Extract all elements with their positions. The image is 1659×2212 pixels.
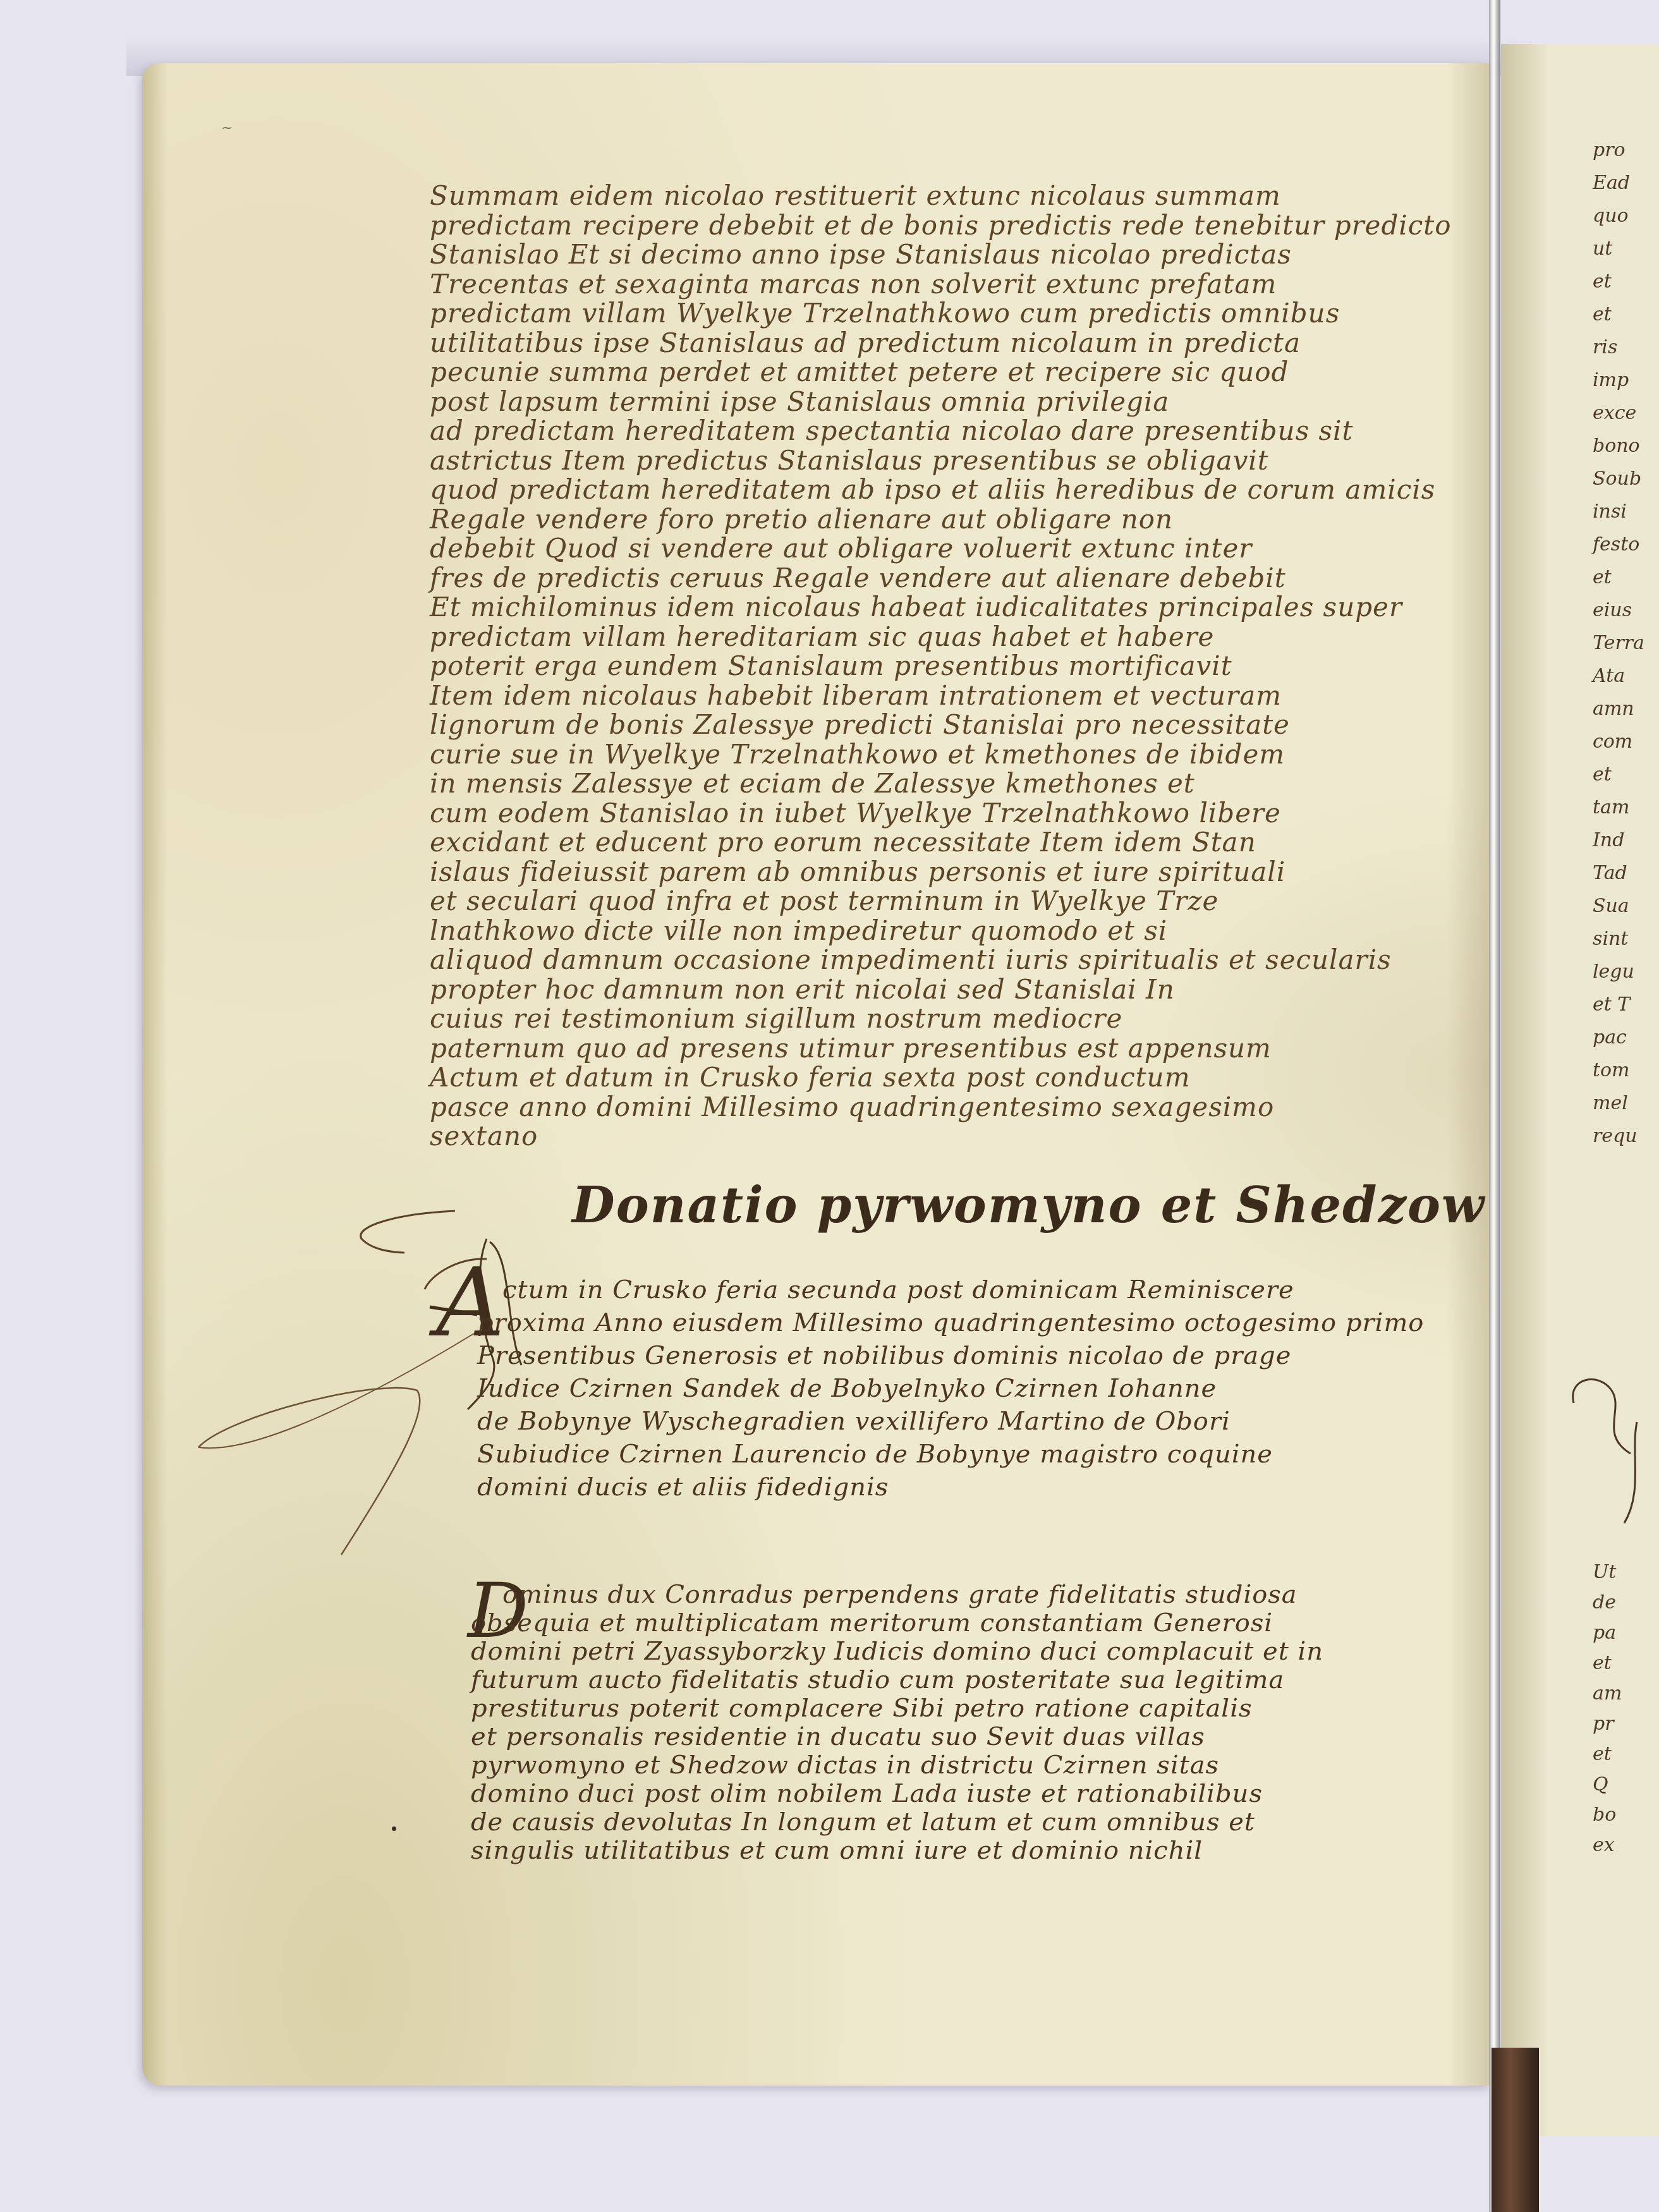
text-line: Trecentas et sexaginta marcas non solver…: [430, 269, 1277, 300]
text-line: Soub: [1593, 468, 1641, 490]
text-line: excidant et educent pro eorum necessitat…: [430, 827, 1256, 858]
text-line: Actum et datum in Crusko feria sexta pos…: [430, 1062, 1191, 1093]
text-line: paternum quo ad presens utimur presentib…: [430, 1033, 1272, 1064]
text-line: Item idem nicolaus habebit liberam intra…: [430, 680, 1282, 711]
text-line: domino duci post olim nobilem Lada iuste…: [471, 1779, 1263, 1808]
text-line: ad predictam hereditatem spectantia nico…: [430, 415, 1353, 446]
text-line: de: [1593, 1591, 1616, 1613]
text-line: com: [1593, 731, 1632, 753]
text-line: Subiudice Czirnen Laurencio de Bobynye m…: [477, 1440, 1273, 1469]
text-line: Terra: [1593, 632, 1644, 654]
text-line: de causis devolutas In longum et latum e…: [471, 1808, 1255, 1837]
text-line: tam: [1593, 796, 1629, 818]
text-line: Ead: [1593, 172, 1630, 194]
ink-dot: [392, 1826, 396, 1831]
glass-clamp-rod: [1489, 0, 1500, 2212]
text-line: pro: [1593, 139, 1626, 161]
text-line: pac: [1593, 1026, 1627, 1048]
text-line: am: [1593, 1682, 1622, 1705]
text-line: post lapsum termini ipse Stanislaus omni…: [430, 386, 1169, 417]
text-line: et personalis residentie in ducatu suo S…: [471, 1722, 1205, 1751]
text-line: mel: [1593, 1092, 1628, 1114]
text-line: eius: [1593, 599, 1632, 621]
text-line: Ut: [1593, 1561, 1616, 1583]
text-line: ex: [1593, 1834, 1615, 1856]
text-line: legu: [1593, 961, 1634, 983]
text-line: amn: [1593, 698, 1634, 720]
text-line: et: [1593, 763, 1612, 786]
text-line: obsequia et multiplicatam meritorum cons…: [471, 1608, 1273, 1638]
text-line: et: [1593, 1743, 1612, 1765]
text-line: Ata: [1593, 665, 1625, 687]
text-line: cum eodem Stanislao in iubet Wyelkye Trz…: [430, 798, 1281, 829]
text-line: propter hoc damnum non erit nicolai sed …: [430, 974, 1175, 1005]
section-heading: Donatio pyrwomyno et Shedzow: [572, 1177, 1485, 1234]
text-line: pyrwomyno et Shedzow dictas in districtu…: [471, 1751, 1219, 1780]
text-line: et seculari quod infra et post terminum …: [430, 885, 1218, 916]
text-line: Et michilominus idem nicolaus habeat iud…: [430, 592, 1402, 623]
text-line: pa: [1593, 1622, 1616, 1644]
text-line: Q: [1593, 1773, 1608, 1796]
gutter-shadow: [1447, 63, 1492, 2086]
text-line: proxima Anno eiusdem Millesimo quadringe…: [477, 1308, 1424, 1337]
text-line: imp: [1593, 369, 1629, 391]
text-line: et: [1593, 566, 1612, 588]
text-line: ris: [1593, 336, 1617, 358]
text-line: et: [1593, 303, 1612, 325]
text-line: poterit erga eundem Stanislaum presentib…: [430, 650, 1232, 681]
text-line: cuius rei testimonium sigillum nostrum m…: [430, 1003, 1122, 1034]
text-line: festo: [1593, 533, 1639, 556]
text-line: ctum in Crusko feria secunda post domini…: [502, 1275, 1294, 1304]
text-line: Sua: [1593, 895, 1629, 917]
text-line: exce: [1593, 402, 1636, 424]
text-line: curie sue in Wyelkye Trzelnathkowo et km…: [430, 739, 1285, 770]
text-line: debebit Quod si vendere aut obligare vol…: [430, 533, 1252, 564]
text-line: islaus fideiussit parem ab omnibus perso…: [430, 856, 1285, 887]
text-line: Iudice Czirnen Sandek de Bobyelnyko Czir…: [477, 1374, 1217, 1403]
text-line: Summam eidem nicolao restituerit extunc …: [430, 180, 1281, 211]
text-line: astrictus Item predictus Stanislaus pres…: [430, 445, 1269, 476]
text-line: et: [1593, 1652, 1612, 1674]
text-line: quo: [1593, 205, 1629, 227]
text-line: pecunie summa perdet et amittet petere e…: [430, 356, 1289, 387]
text-line: aliquod damnum occasione impedimenti iur…: [430, 944, 1392, 975]
text-line: pasce anno domini Millesimo quadringente…: [430, 1091, 1274, 1122]
right-page-flourish-icon: [1561, 1365, 1659, 1529]
text-line: sint: [1593, 928, 1628, 950]
binding-spine: [1492, 2048, 1539, 2212]
text-line: singulis utilitatibus et cum omni iure e…: [471, 1836, 1203, 1865]
text-line: predictam villam hereditariam sic quas h…: [430, 621, 1214, 652]
text-line: de Bobynye Wyschegradien vexillifero Mar…: [477, 1407, 1231, 1436]
text-line: Tad: [1593, 862, 1627, 884]
text-line: lnathkowo dicte ville non impediretur qu…: [430, 915, 1167, 946]
text-line: pr: [1593, 1713, 1614, 1735]
text-line: Regale vendere foro pretio alienare aut …: [430, 504, 1173, 535]
text-line: bo: [1593, 1804, 1616, 1826]
text-line: lignorum de bonis Zalessye predicti Stan…: [430, 709, 1290, 740]
text-line: sextano: [430, 1121, 538, 1152]
text-line: Presentibus Generosis et nobilibus domin…: [477, 1341, 1291, 1370]
text-line: requ: [1593, 1125, 1638, 1147]
text-line: quod predictam hereditatem ab ipso et al…: [430, 474, 1435, 505]
text-line: ominus dux Conradus perpendens grate fid…: [502, 1580, 1297, 1609]
text-line: predictam recipere debebit et de bonis p…: [430, 210, 1451, 241]
text-line: et T: [1593, 994, 1630, 1016]
text-line: fres de predictis ceruus Regale vendere …: [430, 562, 1286, 593]
text-line: Ind: [1593, 829, 1624, 851]
text-line: tom: [1593, 1059, 1630, 1081]
right-manuscript-page-fragment: [1501, 44, 1659, 2136]
text-line: et: [1593, 270, 1612, 293]
text-line: prestiturus poterit complacere Sibi petr…: [471, 1694, 1252, 1723]
text-line: domini petri Zyassyborzky Iudicis domino…: [471, 1637, 1323, 1666]
folio-mark: ~: [221, 120, 233, 136]
text-line: Stanislao Et si decimo anno ipse Stanisl…: [430, 239, 1292, 270]
text-line: bono: [1593, 435, 1640, 457]
text-line: domini ducis et aliis fidedignis: [477, 1473, 889, 1502]
text-line: futurum aucto fidelitatis studio cum pos…: [471, 1665, 1284, 1694]
text-line: ut: [1593, 238, 1612, 260]
text-line: predictam villam Wyelkye Trzelnathkowo c…: [430, 298, 1340, 329]
text-line: in mensis Zalessye et eciam de Zalessye …: [430, 768, 1195, 799]
text-line: insi: [1593, 501, 1627, 523]
text-line: utilitatibus ipse Stanislaus ad predictu…: [430, 327, 1301, 358]
